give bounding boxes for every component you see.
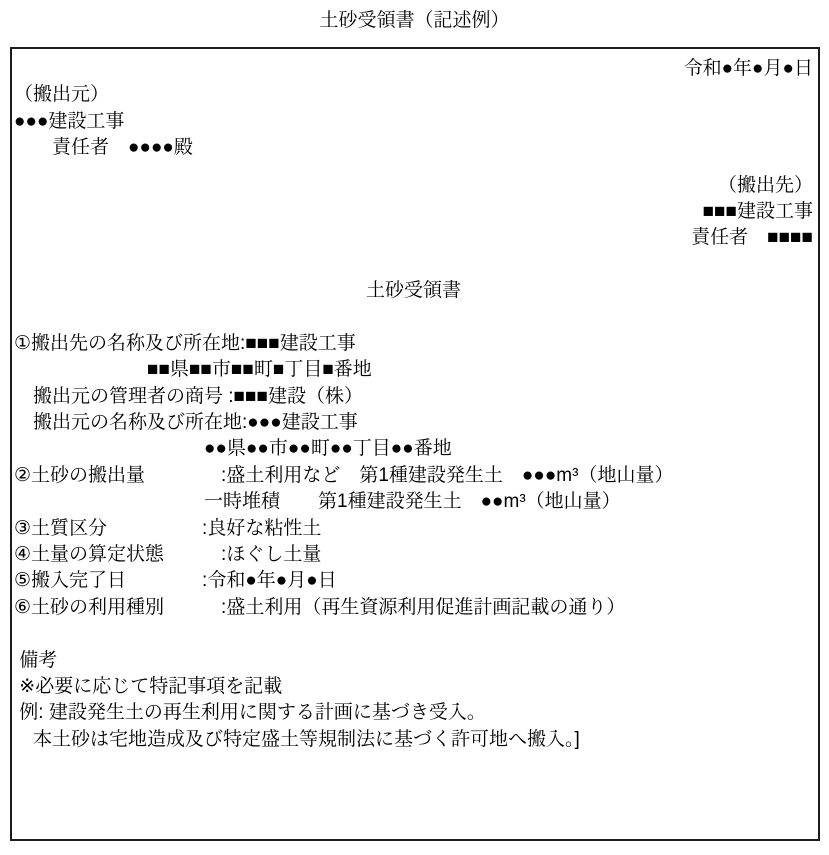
item-4-volume-calculation-state: ④土量の算定状態 :ほぐし土量: [14, 542, 813, 568]
item-1-destination-address: ■■県■■市■■町■丁目■番地: [14, 357, 813, 383]
sender-label: （搬出元）: [14, 82, 813, 108]
blank-line: [14, 162, 813, 173]
item-2-soil-volume: ②土砂の搬出量 :盛土利用など 第1種建設発生土 ●●●m³（地山量）: [14, 463, 813, 489]
page-title: 土砂受領書（記述例）: [0, 0, 829, 34]
item-3-soil-classification: ③土質区分 :良好な粘性土: [14, 516, 813, 542]
remarks-example-line-2: 本土砂は宅地造成及び特定盛土等規制法に基づく許可地へ搬入。]: [14, 727, 813, 753]
item-6-soil-use-type: ⑥土砂の利用種別 :盛土利用（再生資源利用促進計画記載の通り）: [14, 595, 813, 621]
document-box: 令和●年●月●日 （搬出元） ●●●建設工事 責任者 ●●●●殿 （搬出先） ■…: [10, 47, 820, 841]
item-1-destination: ①搬出先の名称及び所在地:■■■建設工事: [14, 331, 813, 357]
item-2-soil-volume-temporary: 一時堆積 第1種建設発生土 ●●m³（地山量）: [14, 489, 813, 515]
document-title: 土砂受領書: [14, 278, 813, 304]
remarks-note: ※必要に応じて特記事項を記載: [14, 674, 813, 700]
recipient-label: （搬出先）: [14, 173, 813, 199]
recipient-company: ■■■建設工事: [14, 199, 813, 225]
item-1-source-address: ●●県●●市●●町●●丁目●●番地: [14, 436, 813, 462]
item-5-carry-in-completion-date: ⑤搬入完了日 :令和●年●月●日: [14, 568, 813, 594]
item-1-source-name: 搬出元の名称及び所在地:●●●建設工事: [14, 410, 813, 436]
sender-manager: 責任者 ●●●●殿: [14, 135, 813, 161]
item-1-source-trade-name: 搬出元の管理者の商号 :■■■建設（株）: [14, 384, 813, 410]
blank-line: [14, 305, 813, 331]
remarks-example-line-1: 例: 建設発生土の再生利用に関する計画に基づき受入。: [14, 700, 813, 726]
remarks-heading: 備考: [14, 648, 813, 674]
date-line: 令和●年●月●日: [14, 56, 813, 82]
sender-company: ●●●建設工事: [14, 109, 813, 135]
recipient-manager: 責任者 ■■■■: [14, 225, 813, 251]
blank-line: [14, 252, 813, 278]
blank-line: [14, 621, 813, 647]
